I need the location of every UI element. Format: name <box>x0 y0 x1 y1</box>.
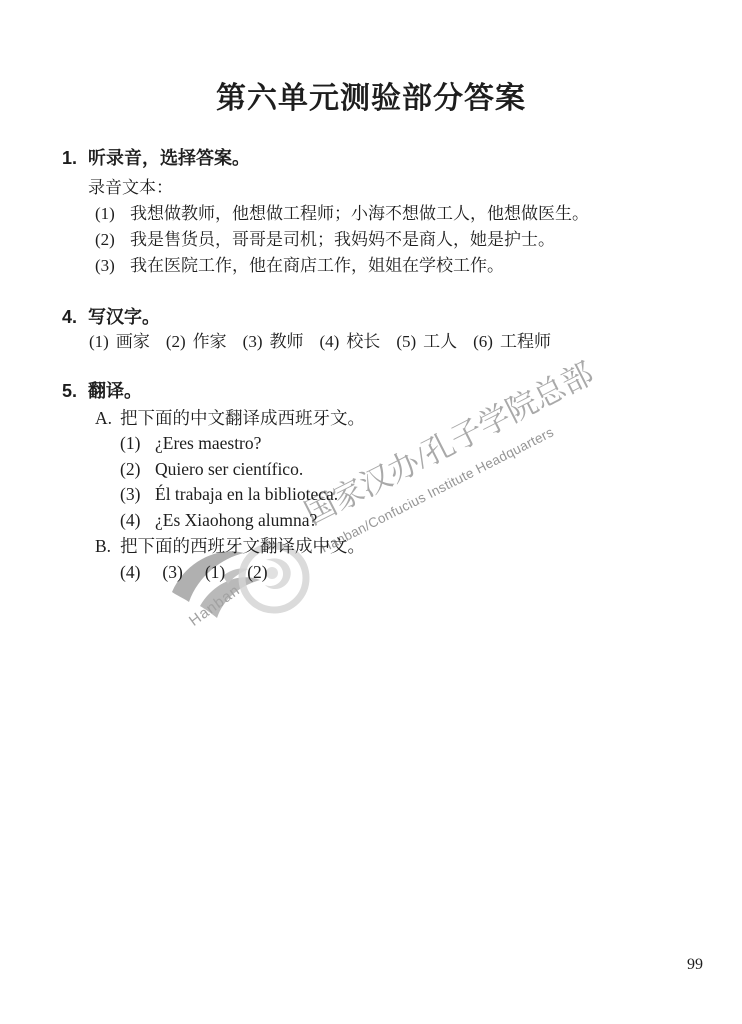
item-label: (1) <box>95 201 130 227</box>
item-label: (4) <box>120 508 155 534</box>
answer-text: 校长 <box>346 329 380 355</box>
part-b-answers-row: (4) (3) (1) (2) <box>62 559 706 585</box>
answer-label: (2) <box>166 329 186 355</box>
answer-text: 教师 <box>269 329 303 355</box>
transcript-item: (3) 我在医院工作，他在商店工作，姐姐在学校工作。 <box>62 253 706 279</box>
answer-order: (4) <box>120 559 140 585</box>
section-1-number: 1. <box>62 146 88 170</box>
answer-pair: (5) 工人 <box>396 329 457 355</box>
item-text: Él trabaja en la biblioteca. <box>155 482 338 508</box>
answer-label: (6) <box>473 329 493 355</box>
spanish-item: (3) Él trabaja en la biblioteca. <box>62 482 706 508</box>
item-text: Quiero ser científico. <box>155 457 303 483</box>
item-label: (2) <box>95 227 130 253</box>
section-1-heading: 1. 听录音，选择答案。 <box>62 146 706 170</box>
page-title: 第六单元测验部分答案 <box>10 80 732 118</box>
item-label: (1) <box>120 431 155 457</box>
part-a-instruction: 把下面的中文翻译成西班牙文。 <box>120 405 365 431</box>
transcript-label: 录音文本： <box>62 175 706 201</box>
answer-order: (2) <box>247 559 267 585</box>
answer-text: 画家 <box>116 329 150 355</box>
part-b-instruction: 把下面的西班牙文翻译成中文。 <box>120 533 365 559</box>
answer-pair: (2) 作家 <box>166 329 227 355</box>
spanish-item: (1) ¿Eres maestro? <box>62 431 706 457</box>
answer-pair: (1) 画家 <box>89 329 150 355</box>
section-5-heading-text: 翻译。 <box>88 379 142 403</box>
answer-order: (1) <box>205 559 225 585</box>
answer-label: (1) <box>89 329 109 355</box>
section-1-listening: 1. 听录音，选择答案。 录音文本： (1) 我想做教师，他想做工程师；小海不想… <box>0 146 742 279</box>
section-5-number: 5. <box>62 379 88 403</box>
item-label: (2) <box>120 457 155 483</box>
section-4-heading: 4. 写汉字。 <box>62 305 706 329</box>
section-5-translation: 5. 翻译。 A. 把下面的中文翻译成西班牙文。 (1) ¿Eres maest… <box>0 379 742 585</box>
answer-text: 工人 <box>423 329 457 355</box>
answer-text: 工程师 <box>500 329 551 355</box>
item-label: (3) <box>120 482 155 508</box>
item-text: 我在医院工作，他在商店工作，姐姐在学校工作。 <box>130 253 504 279</box>
page-number: 99 <box>687 956 703 974</box>
answer-pair: (6) 工程师 <box>473 329 551 355</box>
transcript-item: (2) 我是售货员，哥哥是司机；我妈妈不是商人，她是护士。 <box>62 227 706 253</box>
answer-label: (3) <box>243 329 263 355</box>
item-text: 我是售货员，哥哥是司机；我妈妈不是商人，她是护士。 <box>130 227 555 253</box>
answer-text: 作家 <box>193 329 227 355</box>
item-text: 我想做教师，他想做工程师；小海不想做工人，他想做医生。 <box>130 201 589 227</box>
transcript-item: (1) 我想做教师，他想做工程师；小海不想做工人，他想做医生。 <box>62 201 706 227</box>
section-4-characters: 4. 写汉字。 (1) 画家 (2) 作家 (3) 教师 (4) 校长 (5) … <box>0 305 742 355</box>
watermark-hanban-label: Hanban <box>186 582 243 630</box>
document-page: 第六单元测验部分答案 1. 听录音，选择答案。 录音文本： (1) 我想做教师，… <box>0 80 742 585</box>
part-a-heading: A. 把下面的中文翻译成西班牙文。 <box>62 405 706 431</box>
answer-pair: (4) 校长 <box>319 329 380 355</box>
section-5-heading: 5. 翻译。 <box>62 379 706 403</box>
section-4-number: 4. <box>62 305 88 329</box>
spanish-item: (2) Quiero ser científico. <box>62 457 706 483</box>
item-text: ¿Es Xiaohong alumna? <box>155 508 317 534</box>
part-a-label: A. <box>95 405 120 431</box>
section-1-heading-text: 听录音，选择答案。 <box>88 146 250 170</box>
spanish-item: (4) ¿Es Xiaohong alumna? <box>62 508 706 534</box>
item-text: ¿Eres maestro? <box>155 431 261 457</box>
character-answers-row: (1) 画家 (2) 作家 (3) 教师 (4) 校长 (5) 工人 (6) 工… <box>62 329 706 355</box>
section-4-heading-text: 写汉字。 <box>88 305 160 329</box>
item-label: (3) <box>95 253 130 279</box>
answer-order: (3) <box>162 559 182 585</box>
part-b-heading: B. 把下面的西班牙文翻译成中文。 <box>62 533 706 559</box>
part-b-label: B. <box>95 533 120 559</box>
answer-label: (4) <box>319 329 339 355</box>
answer-pair: (3) 教师 <box>243 329 304 355</box>
answer-label: (5) <box>396 329 416 355</box>
